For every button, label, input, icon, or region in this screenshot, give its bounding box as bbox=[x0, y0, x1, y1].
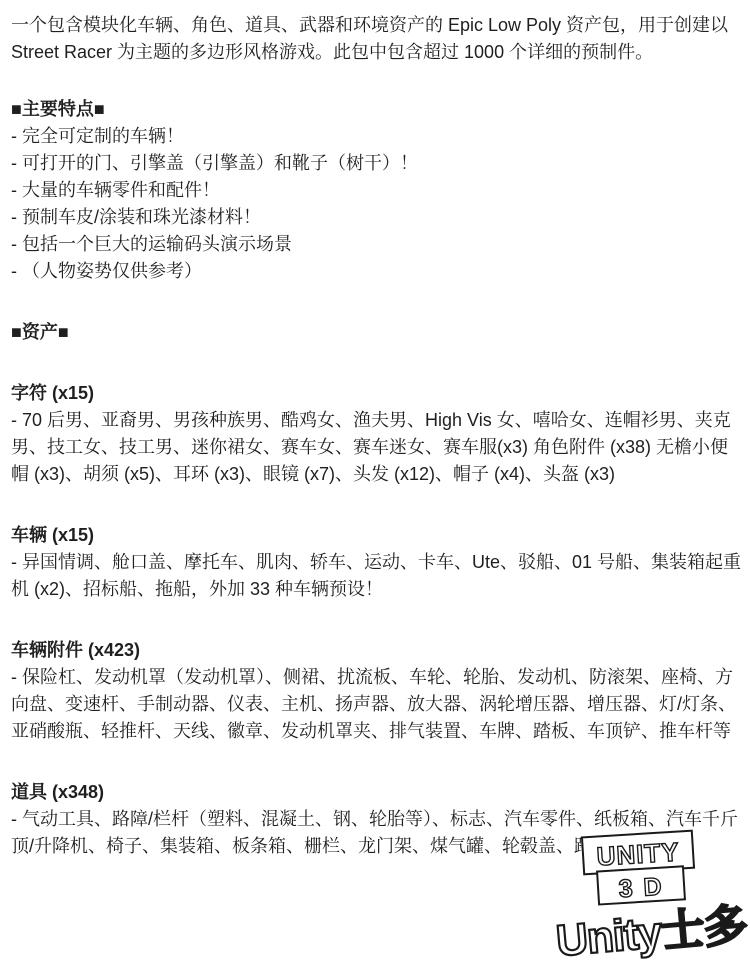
intro-paragraph: 一个包含模块化车辆、角色、道具、武器和环境资产的 Epic Low Poly 资… bbox=[11, 12, 742, 66]
section-vehicle-attachments-title: 车辆附件 (x423) bbox=[11, 637, 742, 664]
description-content: 一个包含模块化车辆、角色、道具、武器和环境资产的 Epic Low Poly 资… bbox=[0, 0, 750, 860]
features-heading: ■主要特点■ bbox=[11, 96, 742, 123]
unity-store-text-group: Unity士多 bbox=[554, 900, 749, 960]
feature-item: - 可打开的门、引擎盖（引擎盖）和靴子（树干）！ bbox=[11, 150, 742, 177]
feature-item: - （人物姿势仅供参考） bbox=[11, 258, 742, 285]
watermark-store-text: Unity士多 bbox=[554, 900, 749, 960]
section-vehicles-title: 车辆 (x15) bbox=[11, 522, 742, 549]
section-characters-body: - 70 后男、亚裔男、男孩种族男、酷鸡女、渔夫男、High Vis 女、嘻哈女… bbox=[11, 410, 731, 484]
feature-item: - 预制车皮/涂装和珠光漆材料！ bbox=[11, 204, 742, 231]
feature-item: - 包括一个巨大的运输码头演示场景 bbox=[11, 231, 742, 258]
section-vehicles-body: - 异国情调、舱口盖、摩托车、肌肉、轿车、运动、卡车、Ute、驳船、01 号船、… bbox=[11, 552, 741, 599]
asset-description-page: 一个包含模块化车辆、角色、道具、武器和环境资产的 Epic Low Poly 资… bbox=[0, 0, 750, 960]
section-characters-title: 字符 (x15) bbox=[11, 380, 742, 407]
feature-item: - 大量的车辆零件和配件！ bbox=[11, 177, 742, 204]
watermark-sign-line2: 3 D bbox=[618, 873, 665, 904]
features-section: ■主要特点■ - 完全可定制的车辆！ - 可打开的门、引擎盖（引擎盖）和靴子（树… bbox=[11, 96, 742, 285]
section-vehicle-attachments: 车辆附件 (x423) - 保险杠、发动机罩（发动机罩）、侧裙、扰流板、车轮、轮… bbox=[11, 637, 742, 745]
section-props: 道具 (x348) - 气动工具、路障/栏杆（塑料、混凝土、钢、轮胎等）、标志、… bbox=[11, 779, 742, 860]
section-vehicle-attachments-body: - 保险杠、发动机罩（发动机罩）、侧裙、扰流板、车轮、轮胎、发动机、防滚架、座椅… bbox=[11, 667, 736, 741]
section-props-body: - 气动工具、路障/栏杆（塑料、混凝土、钢、轮胎等）、标志、汽车零件、纸板箱、汽… bbox=[11, 809, 738, 856]
section-characters: 字符 (x15) - 70 后男、亚裔男、男孩种族男、酷鸡女、渔夫男、High … bbox=[11, 380, 742, 488]
feature-item: - 完全可定制的车辆！ bbox=[11, 123, 742, 150]
assets-heading: ■资产■ bbox=[11, 319, 742, 346]
section-vehicles: 车辆 (x15) - 异国情调、舱口盖、摩托车、肌肉、轿车、运动、卡车、Ute、… bbox=[11, 522, 742, 603]
section-props-title: 道具 (x348) bbox=[11, 779, 742, 806]
